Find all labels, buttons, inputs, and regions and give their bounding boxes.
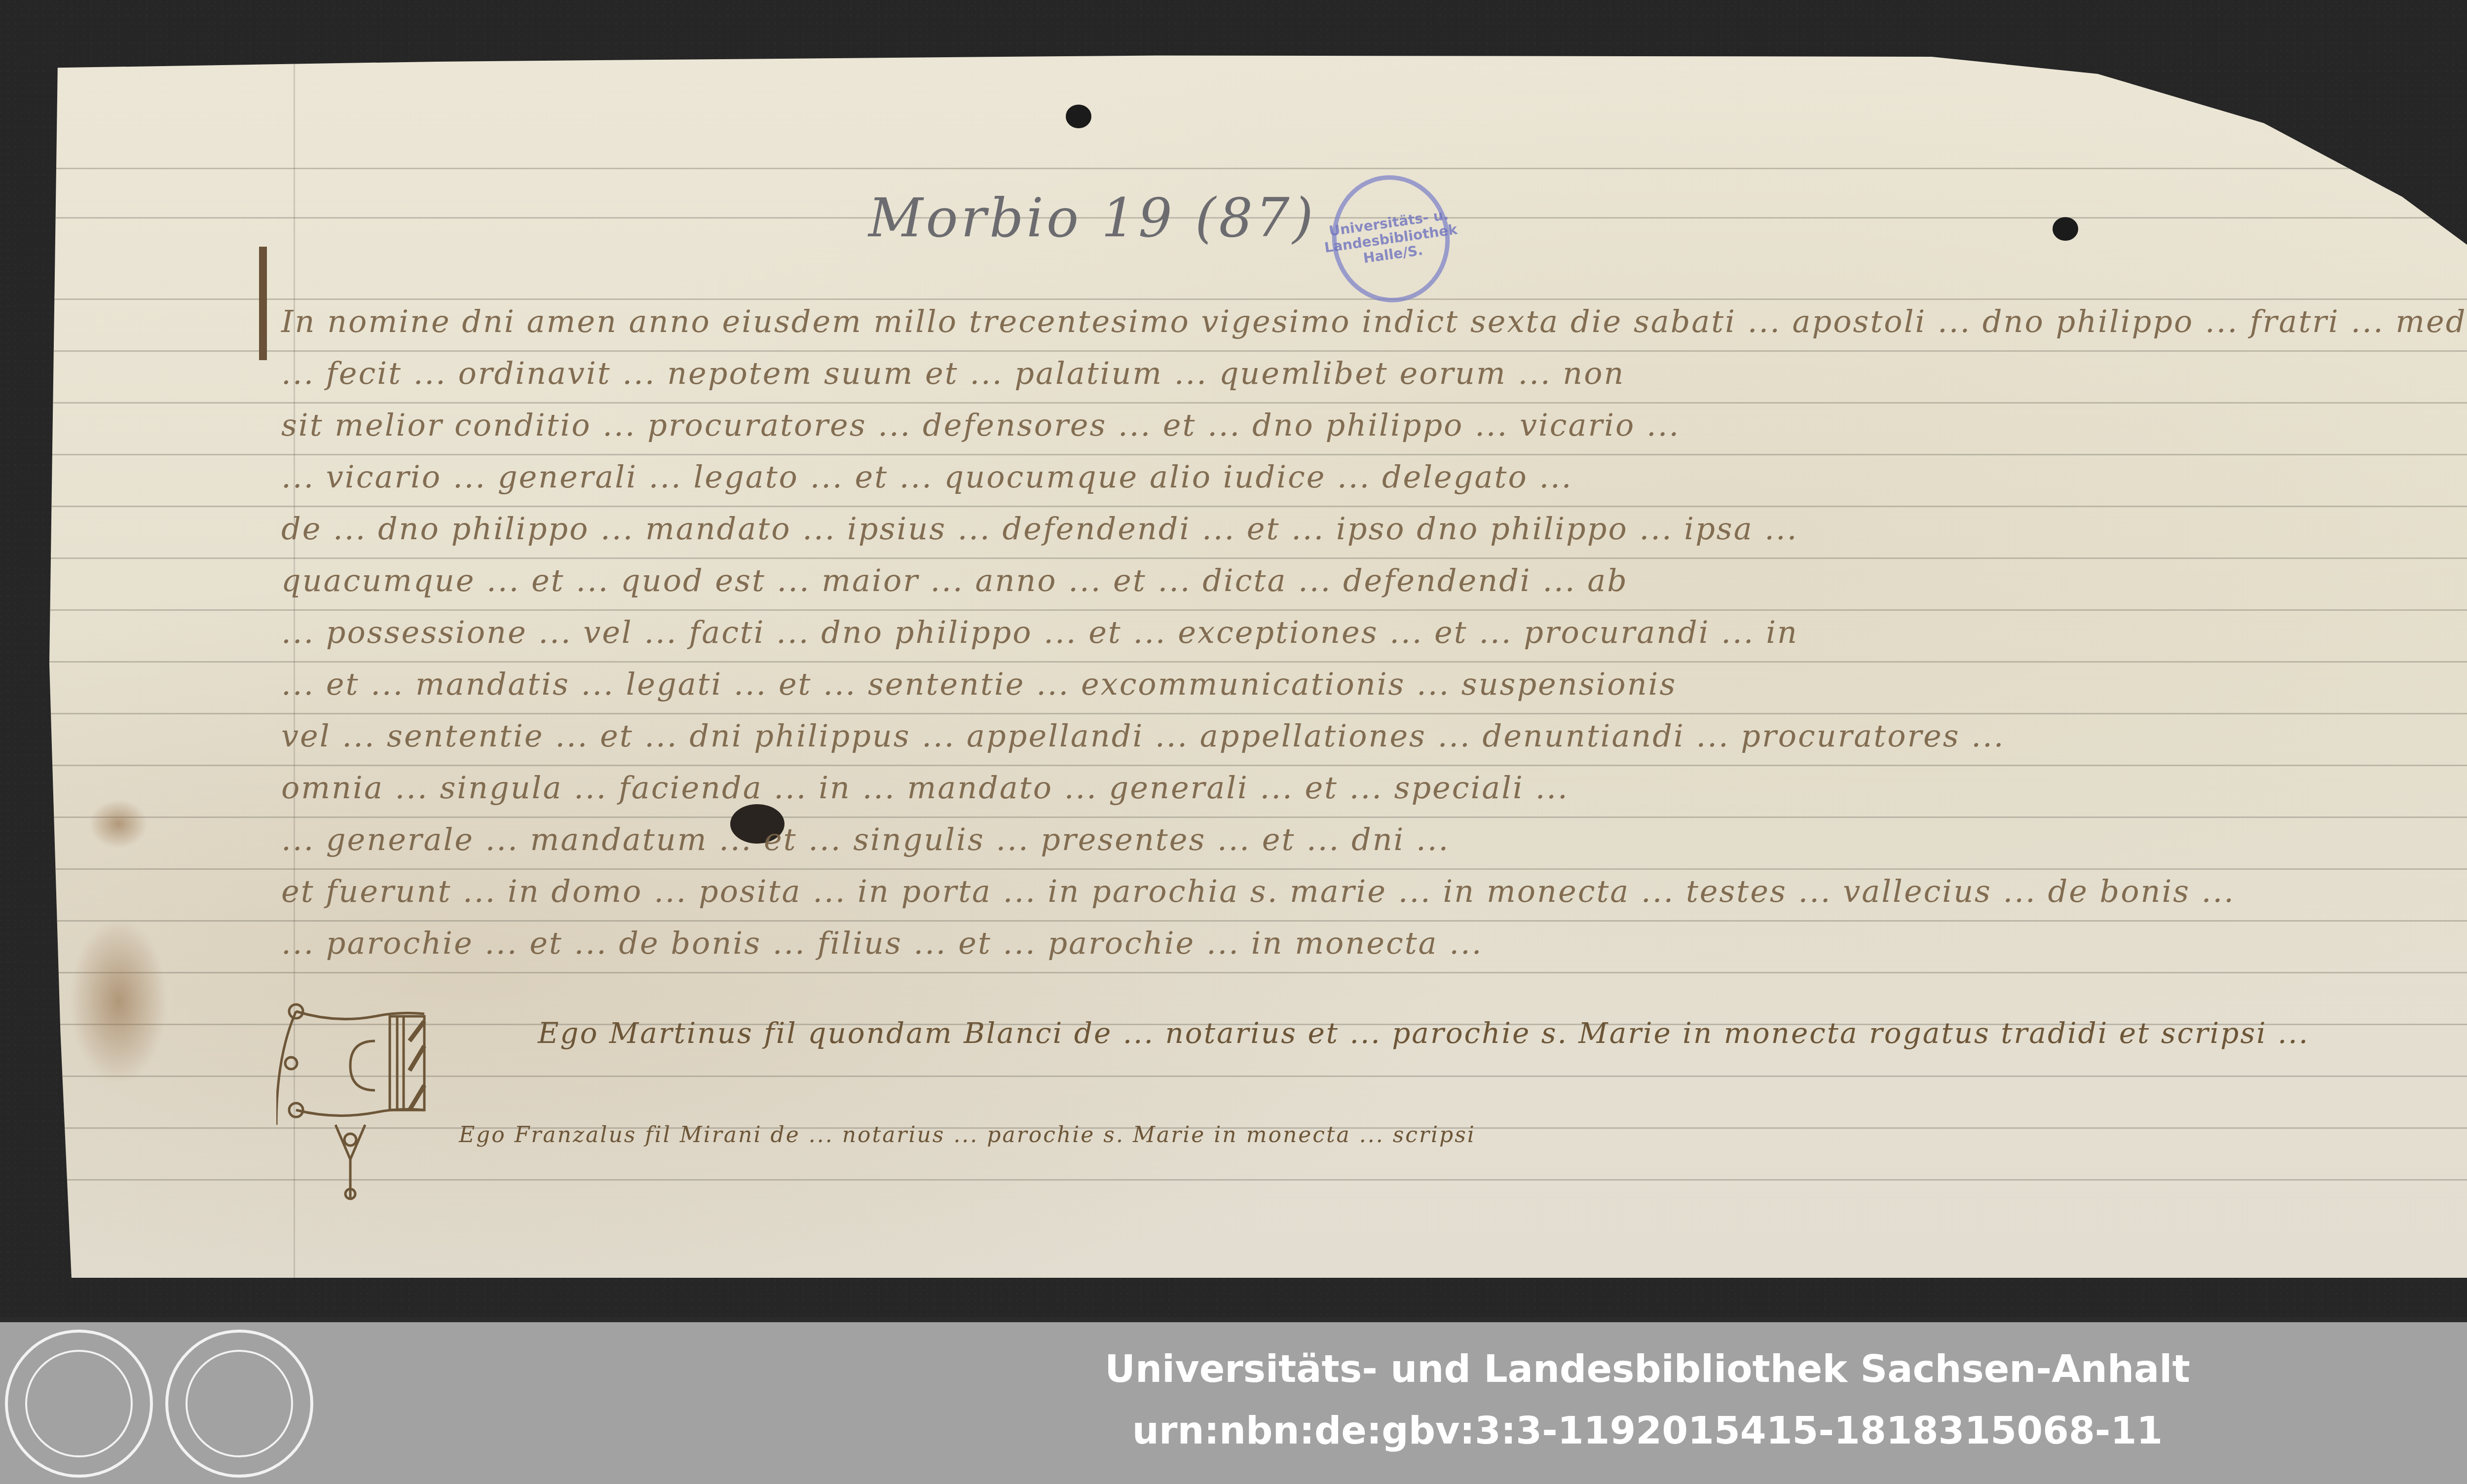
ruling-line	[49, 168, 2467, 169]
ruling-line	[49, 816, 2467, 818]
charter-line-8: ... et ... mandatis ... legati ... et ..…	[281, 666, 1677, 702]
charter-line-2: ... fecit ... ordinavit ... nepotem suum…	[281, 355, 1625, 391]
ruling-line	[49, 506, 2467, 507]
urn-identifier: urn:nbn:de:gbv:3:3-1192015415-1818315068…	[0, 1409, 2467, 1452]
notarial-signet-icon	[276, 997, 513, 1204]
charter-line-9: vel ... sententie ... et ... dni philipp…	[281, 718, 2005, 754]
ruling-line	[49, 765, 2467, 766]
charter-line-10: omnia ... singula ... facienda ... in ..…	[281, 770, 1569, 806]
ruling-line	[49, 609, 2467, 611]
ruling-line	[49, 298, 2467, 300]
library-stamp-text: Universitäts- u. Landesbibliothek Halle/…	[1321, 206, 1460, 271]
parchment-hole	[1066, 105, 1091, 128]
charter-line-4: ... vicario ... generali ... legato ... …	[281, 459, 1573, 495]
pencil-shelfmark: Morbio 19 (87)	[868, 187, 1316, 249]
charter-line-13: ... parochie ... et ... de bonis ... fil…	[281, 925, 1483, 961]
charter-line-7: ... possessione ... vel ... facti ... dn…	[281, 614, 1798, 650]
ruling-line	[49, 402, 2467, 404]
ruling-line	[49, 920, 2467, 922]
ruling-line	[49, 661, 2467, 663]
charter-line-1: In nomine dni amen anno eiusdem millo tr…	[281, 303, 2467, 339]
charter-line-5: de ... dno philippo ... mandato ... ipsi…	[281, 511, 1798, 547]
ruling-line	[49, 557, 2467, 559]
charter-line-11: ... generale ... mandatum ... et ... sin…	[281, 821, 1450, 857]
parchment-hole	[2053, 217, 2078, 241]
ruling-line	[49, 868, 2467, 870]
parchment-stain	[69, 918, 168, 1085]
notary-subscription-1: Ego Martinus fil quondam Blanci de ... n…	[538, 1016, 2309, 1050]
ruling-line	[49, 713, 2467, 714]
institution-name: Universitäts- und Landesbibliothek Sachs…	[0, 1347, 2467, 1391]
library-footer: Universitäts- und Landesbibliothek Sachs…	[0, 1322, 2467, 1484]
charter-line-6: quacumque ... et ... quod est ... maior …	[281, 562, 1628, 598]
initial-letter-I	[259, 247, 267, 360]
parchment-stain	[89, 799, 148, 849]
notary-subscription-2: Ego Franzalus fil Mirani de ... notarius…	[459, 1122, 1476, 1148]
charter-line-12: et fuerunt ... in domo ... posita ... in…	[281, 873, 2235, 909]
ruling-line	[49, 454, 2467, 455]
ruling-line	[49, 972, 2467, 973]
ruling-line	[49, 350, 2467, 352]
charter-line-3: sit melior conditio ... procuratores ...…	[281, 407, 1680, 443]
